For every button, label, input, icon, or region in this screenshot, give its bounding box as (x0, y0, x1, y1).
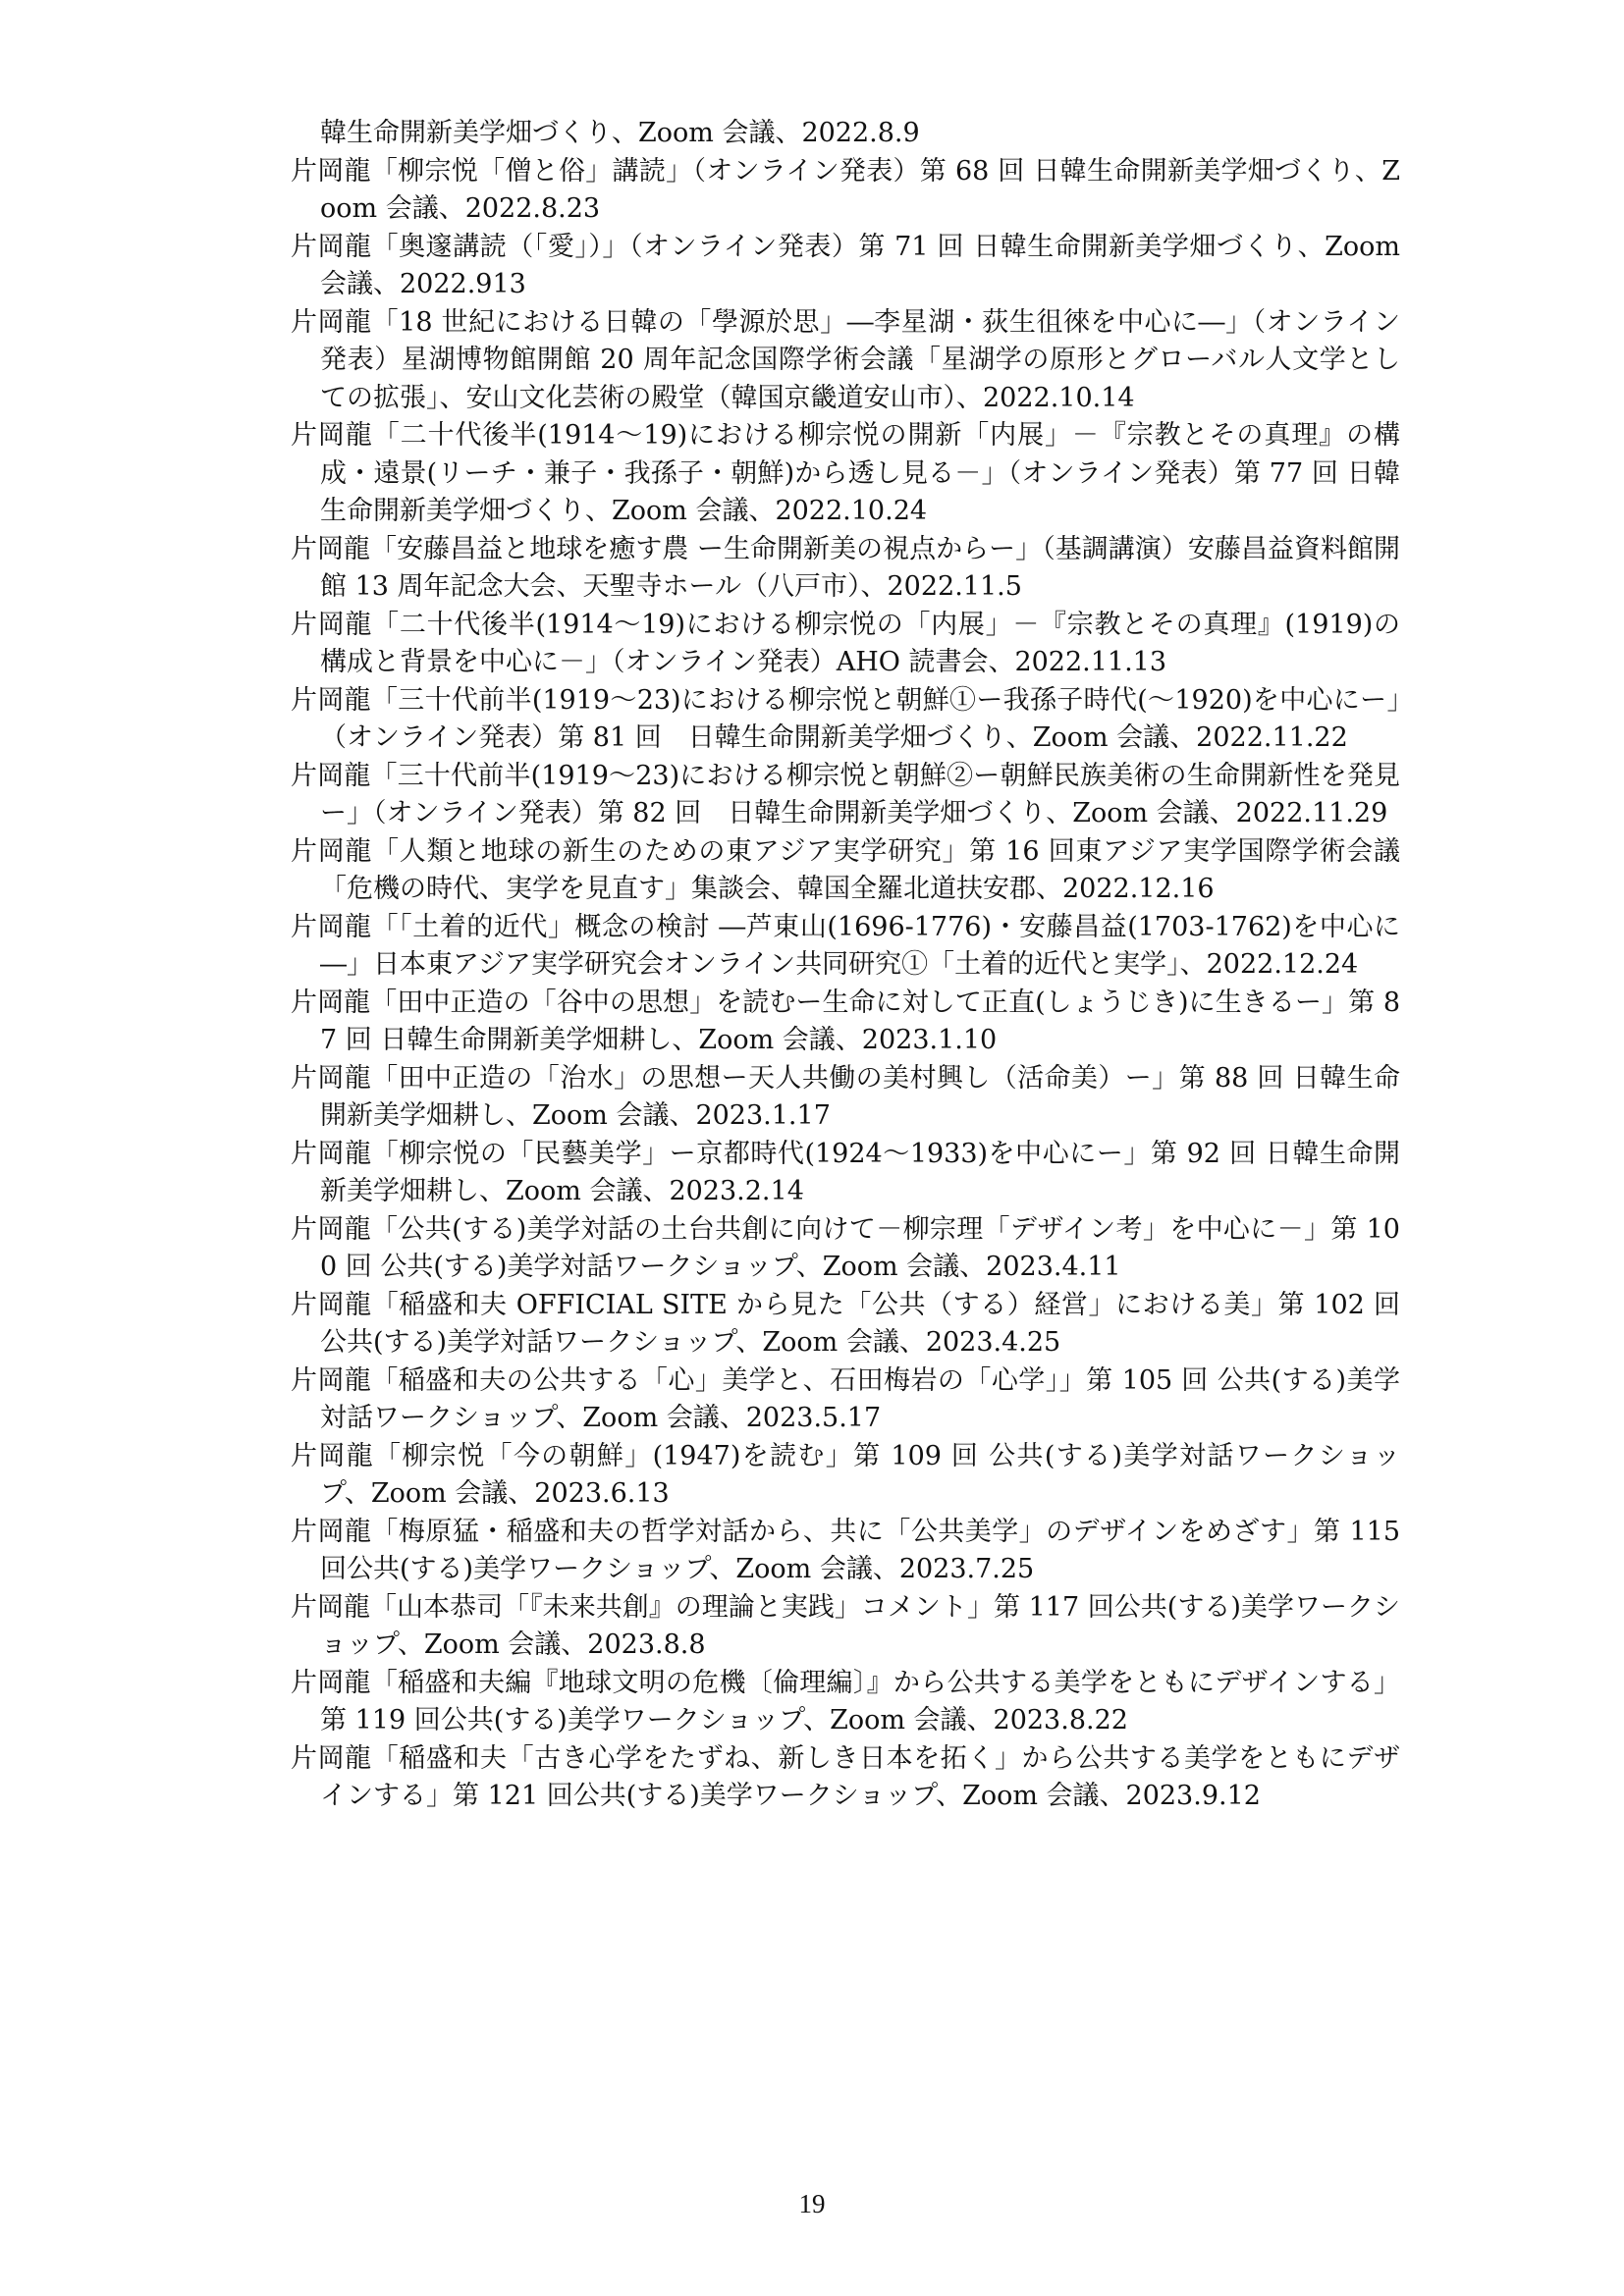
list-item: 片岡龍「柳宗悦の「民藝美学」ー京都時代(1924～1933)を中心にー」第 92… (291, 1136, 1400, 1211)
list-item: 片岡龍「山本恭司「『未来共創』の理論と実践」コメント」第 117 回公共(する)… (291, 1589, 1400, 1665)
list-item: 片岡龍「田中正造の「治水」の思想ー天人共働の美村興し（活命美）ー」第 88 回 … (291, 1060, 1400, 1136)
list-item: 片岡龍「稲盛和夫の公共する「心」美学と、石田梅岩の「心学」」第 105 回 公共… (291, 1362, 1400, 1438)
list-item: 片岡龍「三十代前半(1919～23)における柳宗悦と朝鮮①ー我孫子時代(～192… (291, 682, 1400, 758)
list-item: 片岡龍「稲盛和夫「古き心学をたずね、新しき日本を拓く」から公共する美学をともにデ… (291, 1740, 1400, 1816)
list-item: 片岡龍「奥邃講読（「愛」）」（オンライン発表）第 71 回 日韓生命開新美学畑づ… (291, 229, 1400, 304)
bibliography-page: 韓生命開新美学畑づくり、Zoom 会議、2022.8.9 片岡龍「柳宗悦「僧と俗… (291, 115, 1400, 1816)
list-item: 片岡龍「「土着的近代」概念の検討 ―芦東山(1696-1776)・安藤昌益(17… (291, 909, 1400, 985)
list-item: 片岡龍「柳宗悦「僧と俗」講読」（オンライン発表）第 68 回 日韓生命開新美学畑… (291, 153, 1400, 229)
list-item: 片岡龍「安藤昌益と地球を癒す農 ー生命開新美の視点からー」（基調講演）安藤昌益資… (291, 531, 1400, 607)
list-item: 片岡龍「二十代後半(1914～19)における柳宗悦の「内展」－『宗教とその真理』… (291, 607, 1400, 682)
list-item: 片岡龍「三十代前半(1919～23)における柳宗悦と朝鮮②ー朝鮮民族美術の生命開… (291, 758, 1400, 833)
list-item: 片岡龍「公共(する)美学対話の土台共創に向けて－柳宗理「デザイン考」を中心に－」… (291, 1211, 1400, 1287)
list-item: 片岡龍「稲盛和夫 OFFICIAL SITE から見た「公共（する）経営」におけ… (291, 1287, 1400, 1362)
list-item: 片岡龍「18 世紀における日韓の「學源於思」―李星湖・荻生徂徠を中心に―」（オン… (291, 304, 1400, 418)
page-number: 19 (0, 2189, 1624, 2219)
list-item: 片岡龍「二十代後半(1914～19)における柳宗悦の開新「内展」－『宗教とその真… (291, 417, 1400, 531)
list-item: 片岡龍「柳宗悦「今の朝鮮」(1947)を読む」第 109 回 公共(する)美学対… (291, 1438, 1400, 1514)
list-item: 片岡龍「梅原猛・稲盛和夫の哲学対話から、共に「公共美学」のデザインをめざす」第 … (291, 1514, 1400, 1589)
list-item: 片岡龍「田中正造の「谷中の思想」を読むー生命に対して正直(しょうじき)に生きるー… (291, 985, 1400, 1060)
list-item: 片岡龍「人類と地球の新生のための東アジア実学研究」第 16 回東アジア実学国際学… (291, 833, 1400, 909)
list-item-continuation: 韓生命開新美学畑づくり、Zoom 会議、2022.8.9 (291, 115, 1400, 153)
list-item: 片岡龍「稲盛和夫編『地球文明の危機〔倫理編〕』から公共する美学をともにデザインす… (291, 1665, 1400, 1740)
